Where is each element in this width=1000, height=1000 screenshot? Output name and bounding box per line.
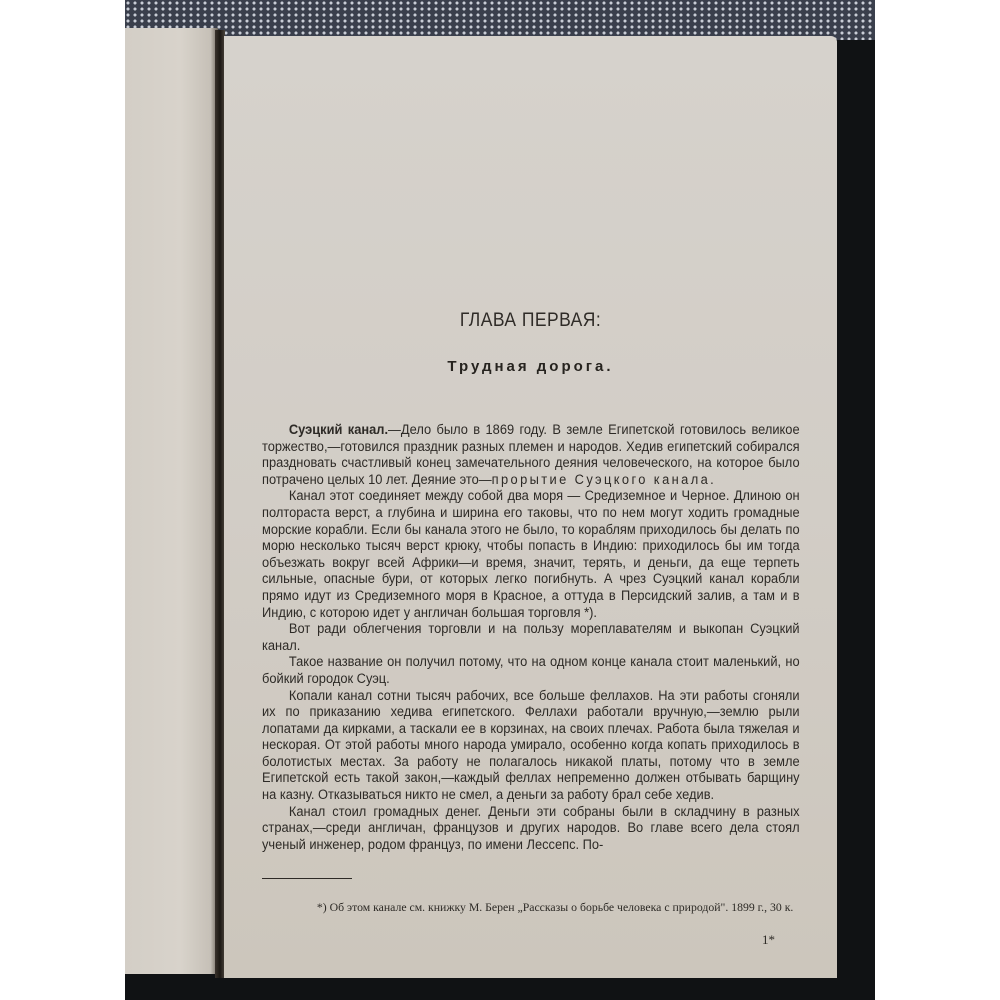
paragraph: Вот ради облегчения торговли и на пользу…	[262, 621, 800, 654]
emphasized-text: прорытие Суэцкого канала	[492, 472, 711, 487]
fabric-background	[125, 0, 875, 40]
page-number: 1*	[762, 932, 775, 948]
right-page: ГЛАВА ПЕРВАЯ: Трудная дорога. Суэцкий ка…	[224, 36, 837, 978]
section-title: Трудная дорога.	[224, 358, 837, 375]
body-text: Суэцкий канал.—Дело было в 1869 году. В …	[262, 422, 800, 853]
paragraph: Канал стоил громадных денег. Деньги эти …	[262, 804, 800, 854]
paragraph-lead: Суэцкий канал.	[289, 422, 388, 437]
paragraph: Такое название он получил потому, что на…	[262, 654, 800, 687]
left-page	[125, 28, 218, 974]
book-photo: ГЛАВА ПЕРВАЯ: Трудная дорога. Суэцкий ка…	[125, 0, 875, 1000]
paragraph: Суэцкий канал.—Дело было в 1869 году. В …	[262, 422, 800, 488]
chapter-heading: ГЛАВА ПЕРВАЯ:	[249, 310, 813, 332]
paragraph: Копали канал сотни тысяч рабочих, все бо…	[262, 688, 800, 804]
footnote: *) Об этом канале см. книжку М. Берен „Р…	[262, 900, 811, 915]
paragraph: Канал этот соединяет между собой два мор…	[262, 488, 800, 621]
footnote-divider	[262, 878, 352, 879]
